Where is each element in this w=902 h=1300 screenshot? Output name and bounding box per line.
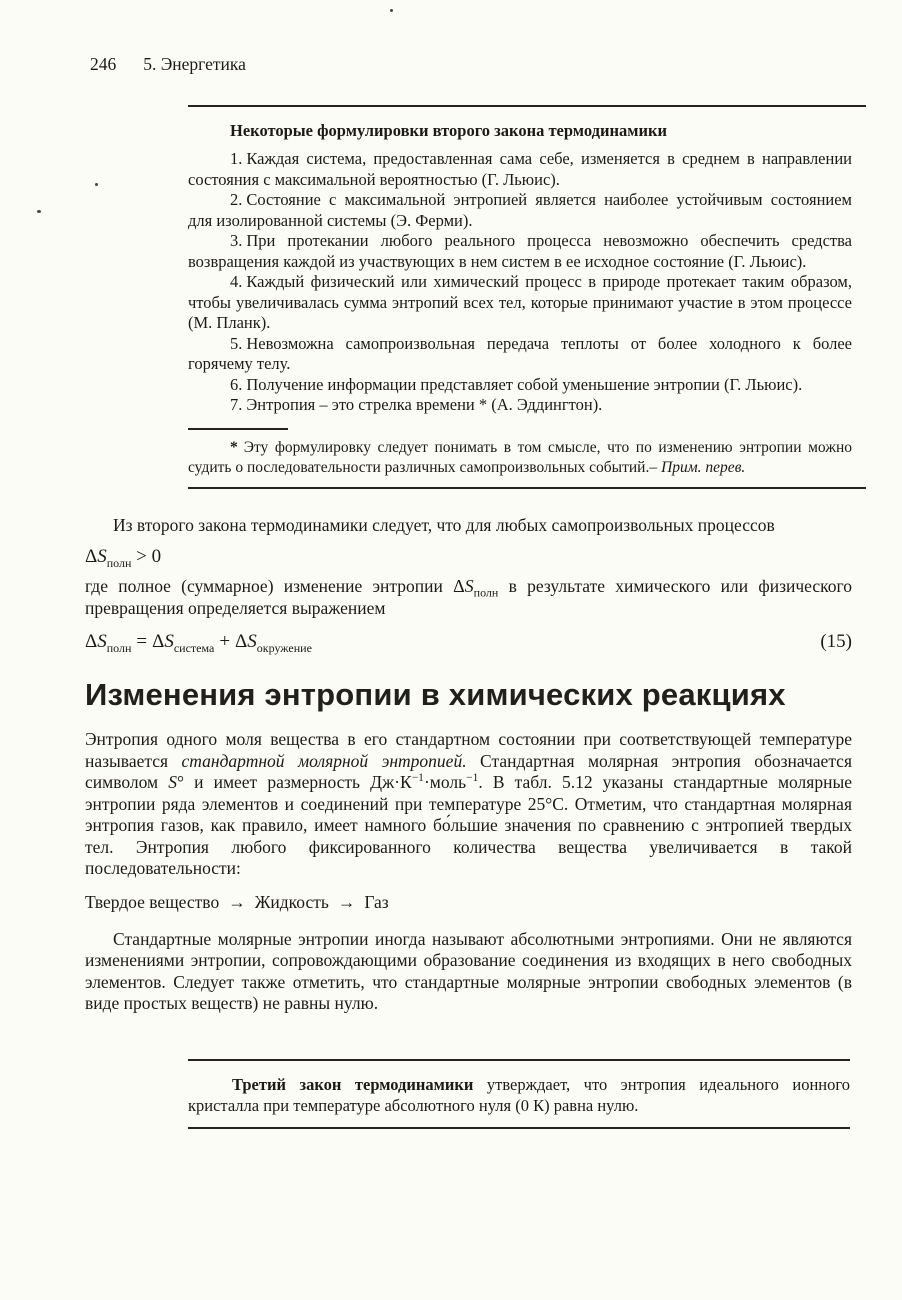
list-item: 1.Каждая система, предоставленная сама с… (188, 149, 852, 190)
phase-sequence: Твердое вещество→Жидкость→Газ (85, 891, 902, 913)
equation-entropy-positive: ΔSполн > 0 (85, 544, 852, 570)
entropy-symbol: S (164, 631, 174, 652)
item-number: 5. (230, 334, 242, 353)
item-text: Каждая система, предоставленная сама себ… (188, 149, 852, 189)
exponent: −1 (466, 772, 478, 784)
delta-s-term: ΔSокружение (235, 631, 312, 652)
term-standard-molar-entropy: стандартной молярной энтропией. (182, 751, 467, 771)
footnote-marker: * (230, 439, 238, 456)
delta-glyph: Δ (85, 546, 97, 567)
arrow-right-glyph: → (338, 892, 356, 912)
item-text: Каждый физический или химический процесс… (188, 272, 852, 332)
third-law-box: Третий закон термодинамики утверждает, ч… (188, 1059, 850, 1129)
equation-15: ΔSполн=ΔSсистема+ΔSокружение (15) (85, 629, 852, 655)
page-number: 246 (90, 54, 116, 74)
delta-s-term: ΔSсистема (152, 631, 214, 652)
exponent: −1 (412, 772, 424, 784)
delta-s-term: ΔSполн (85, 631, 131, 652)
item-text: При протекании любого реального процесса… (188, 231, 852, 271)
subscript-surroundings: окружение (257, 641, 312, 655)
delta-glyph: Δ (85, 631, 97, 652)
paragraph-absolute-entropies: Стандартные молярные энтропии иногда наз… (85, 929, 852, 1015)
inequality: > 0 (131, 546, 161, 567)
delta-s-term: ΔSполн (453, 576, 498, 596)
delta-s-term: ΔSполн (85, 546, 131, 567)
entropy-symbol: S (465, 576, 474, 596)
item-number: 1. (230, 149, 242, 168)
item-number: 4. (230, 272, 242, 291)
list-item: 4.Каждый физический или химический проце… (188, 272, 852, 334)
equals-sign: = (131, 631, 152, 652)
phase-solid: Твердое вещество (85, 892, 219, 912)
page-header: 2465. Энергетика (90, 0, 902, 75)
paragraph-total-entropy: где полное (суммарное) изменение энтропи… (85, 576, 852, 619)
entropy-symbol: S (97, 631, 107, 652)
item-text: Получение информации представляет собой … (246, 375, 802, 394)
scan-speck (95, 183, 98, 186)
entropy-symbol: S (168, 772, 177, 792)
phase-liquid: Жидкость (255, 892, 329, 912)
list-item: 7.Энтропия – это стрелка времени * (А. Э… (188, 395, 852, 416)
item-number: 7. (230, 395, 242, 414)
chapter-title: 5. Энергетика (143, 54, 246, 74)
text-run: где полное (суммарное) изменение энтропи… (85, 576, 453, 596)
list-item: 2.Состояние с максимальной энтропией явл… (188, 190, 852, 231)
list-item: 6.Получение информации представляет собо… (188, 375, 852, 396)
phase-gas: Газ (364, 892, 388, 912)
footnote-source: Прим. перев. (661, 459, 745, 476)
paragraph-standard-entropy: Энтропия одного моля вещества в его стан… (85, 729, 852, 880)
item-text: Невозможна самопроизвольная передача теп… (188, 334, 852, 374)
subscript-total: полн (107, 641, 132, 655)
item-number: 2. (230, 190, 242, 209)
item-number: 3. (230, 231, 242, 250)
footnote: *Эту формулировку следует понимать в том… (188, 438, 852, 478)
section-heading: Изменения энтропии в химических реакциях (85, 677, 902, 713)
third-law-text: Третий закон термодинамики утверждает, ч… (188, 1074, 850, 1116)
footnote-text: Эту формулировку следует понимать в том … (188, 439, 852, 476)
equation-body: ΔSполн=ΔSсистема+ΔSокружение (85, 629, 312, 655)
delta-glyph: Δ (453, 576, 465, 596)
entropy-symbol: S (247, 631, 257, 652)
subscript-total: полн (474, 586, 499, 600)
text-run: и имеет размерность Дж·К (184, 772, 412, 792)
subscript-system: система (174, 641, 214, 655)
item-number: 6. (230, 375, 242, 394)
delta-glyph: Δ (152, 631, 164, 652)
list-item: 5.Невозможна самопроизвольная передача т… (188, 334, 852, 375)
second-law-box: Некоторые формулировки второго закона те… (188, 105, 866, 489)
entropy-symbol: S (97, 546, 107, 567)
arrow-right-glyph: → (228, 892, 246, 912)
equation-number: (15) (820, 629, 852, 655)
item-text: Состояние с максимальной энтропией являе… (188, 190, 852, 230)
scan-speck (37, 210, 41, 213)
footnote-divider (188, 428, 288, 430)
scan-speck (390, 9, 393, 12)
paragraph-second-law-intro: Из второго закона термодинамики следует,… (85, 515, 852, 537)
list-item: 3.При протекании любого реального процес… (188, 231, 852, 272)
degree-sign: ° (177, 772, 184, 792)
third-law-lead: Третий закон термодинамики (232, 1075, 473, 1094)
law-formulations-list: 1.Каждая система, предоставленная сама с… (188, 149, 852, 416)
delta-glyph: Δ (235, 631, 247, 652)
text-run: ·моль (424, 772, 466, 792)
subscript-total: полн (107, 556, 132, 570)
plus-sign: + (214, 631, 235, 652)
item-text: Энтропия – это стрелка времени * (А. Эдд… (246, 395, 602, 414)
box-title: Некоторые формулировки второго закона те… (188, 120, 852, 142)
book-page: 2465. Энергетика Некоторые формулировки … (0, 0, 902, 1300)
